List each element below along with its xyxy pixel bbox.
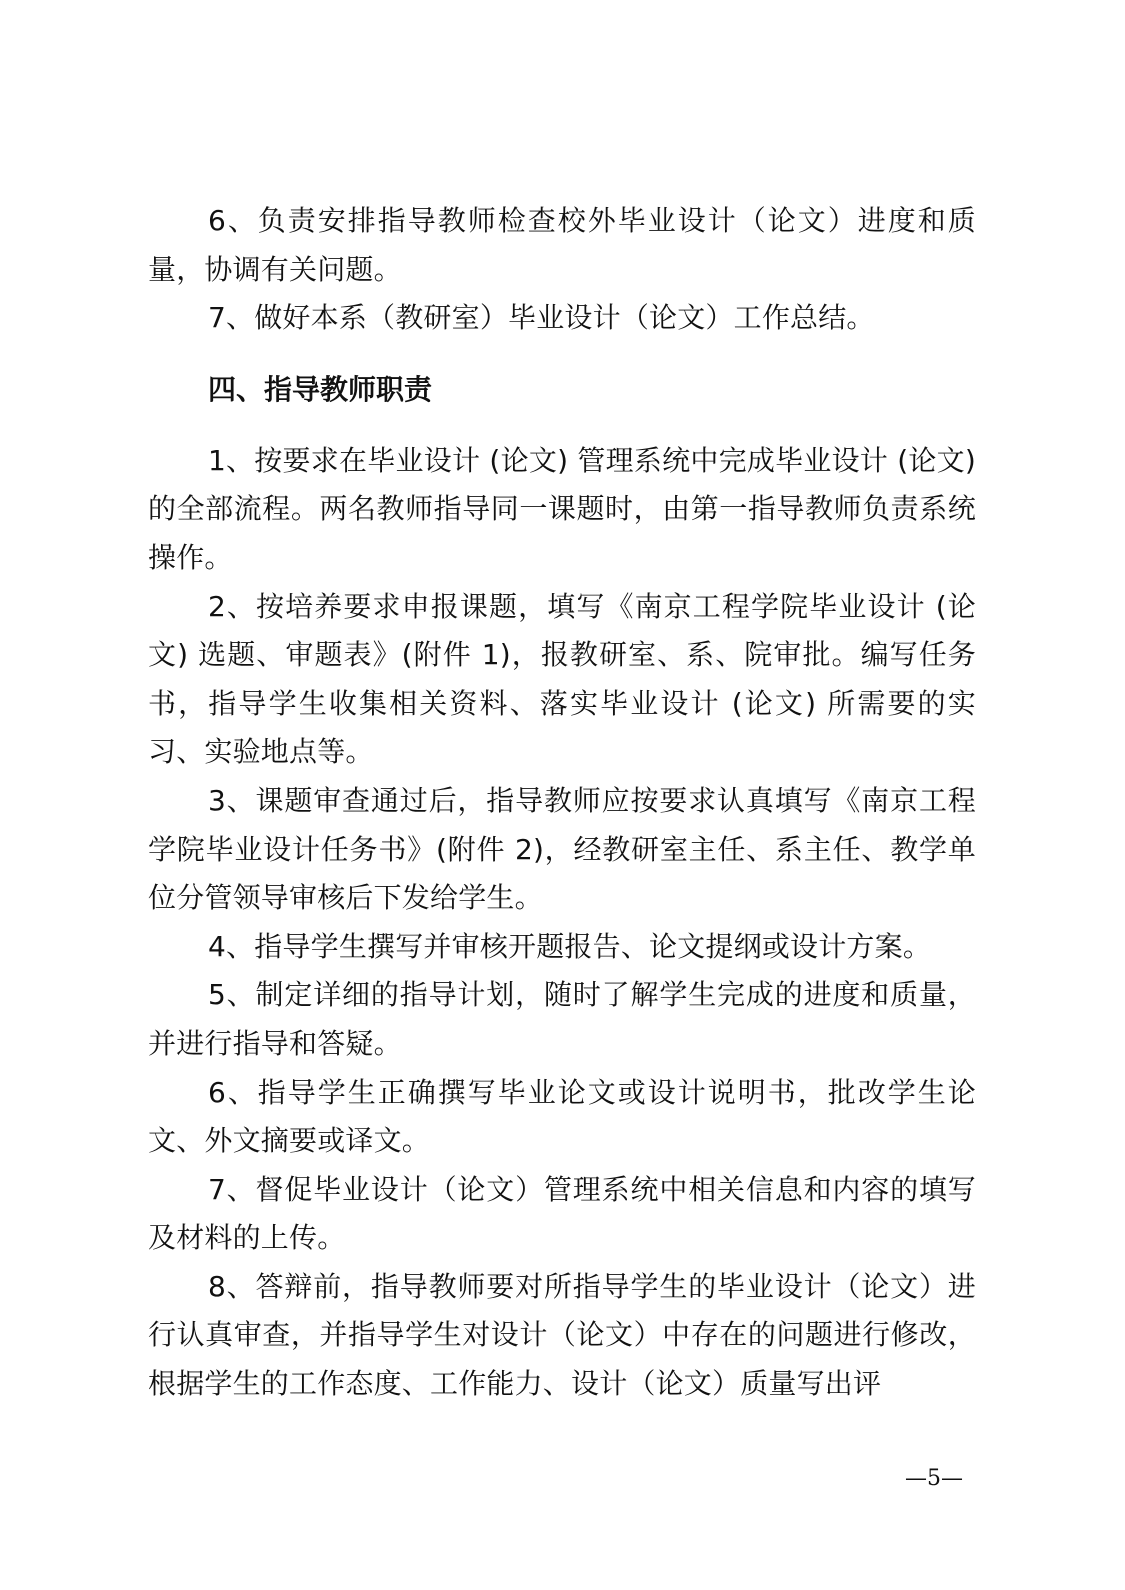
paragraph-item-6: 6、指导学生正确撰写毕业论文或设计说明书，批改学生论文、外文摘要或译文。: [148, 1069, 976, 1166]
section-heading: 四、指导教师职责: [148, 366, 976, 414]
paragraph-item-7: 7、督促毕业设计（论文）管理系统中相关信息和内容的填写及材料的上传。: [148, 1166, 976, 1263]
paragraph-prev-item-6: 6、负责安排指导教师检查校外毕业设计（论文）进度和质量，协调有关问题。: [148, 197, 976, 294]
paragraph-item-3: 3、课题审查通过后，指导教师应按要求认真填写《南京工程学院毕业设计任务书》(附件…: [148, 777, 976, 923]
paragraph-item-2: 2、按培养要求申报课题，填写《南京工程学院毕业设计 (论文) 选题、审题表》(附…: [148, 583, 976, 777]
document-page: 6、负责安排指导教师检查校外毕业设计（论文）进度和质量，协调有关问题。 7、做好…: [148, 197, 976, 1409]
page-number: —5—: [905, 1466, 963, 1491]
paragraph-item-1: 1、按要求在毕业设计 (论文) 管理系统中完成毕业设计 (论文) 的全部流程。两…: [148, 437, 976, 583]
paragraph-prev-item-7: 7、做好本系（教研室）毕业设计（论文）工作总结。: [148, 294, 976, 343]
paragraph-item-8: 8、答辩前，指导教师要对所指导学生的毕业设计（论文）进行认真审查，并指导学生对设…: [148, 1263, 976, 1409]
paragraph-item-4: 4、指导学生撰写并审核开题报告、论文提纲或设计方案。: [148, 923, 976, 972]
paragraph-item-5: 5、制定详细的指导计划，随时了解学生完成的进度和质量，并进行指导和答疑。: [148, 971, 976, 1068]
